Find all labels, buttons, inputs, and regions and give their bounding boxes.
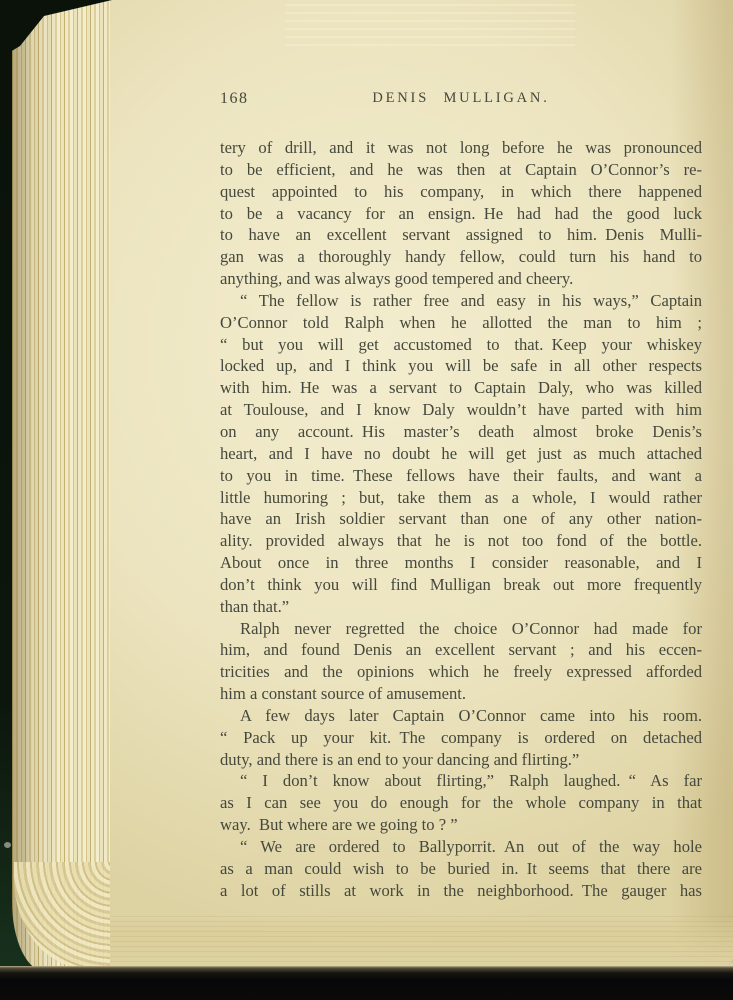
book-bottom-page-edges — [110, 916, 733, 966]
body-text-line: “ Pack up your kit. The company is order… — [220, 727, 702, 749]
body-text-line: “ I don’t know about flirting,” Ralph la… — [220, 770, 702, 792]
body-text-line: gan was a thoroughly handy fellow, could… — [220, 246, 702, 268]
body-text-line: to you in time. These fellows have their… — [220, 465, 702, 487]
body-text-line: heart, and I have no doubt he will get j… — [220, 443, 702, 465]
page-number: 168 — [220, 90, 249, 108]
body-text-line: as a man could wish to be buried in. It … — [220, 858, 702, 880]
book-top-page-edges — [285, 4, 575, 52]
body-text-line: have an Irish soldier servant than one o… — [220, 508, 702, 530]
body-text-line: don’t think you will find Mulligan break… — [220, 574, 702, 596]
body-text-line: with him. He was a servant to Captain Da… — [220, 377, 702, 399]
body-text-line: a lot of stills at work in the neighborh… — [220, 880, 702, 902]
body-text-line: “ We are ordered to Ballyporrit. An out … — [220, 836, 702, 858]
body-text-line: as I can see you do enough for the whole… — [220, 792, 702, 814]
body-text-line: tricities and the opinions which he free… — [220, 661, 702, 683]
running-title: DENIS MULLIGAN. — [220, 90, 702, 107]
body-text-line: anything, and was always good tempered a… — [220, 268, 702, 290]
body-text-line: duty, and there is an end to your dancin… — [220, 749, 702, 771]
body-text-line: to be efficient, and he was then at Capt… — [220, 159, 702, 181]
body-text-line: About once in three months I consider re… — [220, 552, 702, 574]
body-text-line: ality. provided always that he is not to… — [220, 530, 702, 552]
body-text-line: to have an excellent servant assigned to… — [220, 224, 702, 246]
body-text-line: at Toulouse, and I know Daly wouldn’t ha… — [220, 399, 702, 421]
book-left-page-edges — [12, 0, 116, 972]
body-text-line: A few days later Captain O’Connor came i… — [220, 705, 702, 727]
book-base-shadow — [0, 966, 733, 1000]
printed-page-content: 168 DENIS MULLIGAN. tery of drill, and i… — [220, 90, 702, 902]
body-text-line: quest appointed to his company, in which… — [220, 181, 702, 203]
body-text: tery of drill, and it was not long befor… — [220, 137, 702, 902]
body-text-line: to be a vacancy for an ensign. He had ha… — [220, 203, 702, 225]
body-text-line: locked up, and I think you will be safe … — [220, 355, 702, 377]
body-text-line: him, and found Denis an excellent servan… — [220, 639, 702, 661]
body-text-line: Ralph never regretted the choice O’Conno… — [220, 618, 702, 640]
body-text-line: way. But where are we going to ? ” — [220, 814, 702, 836]
page-header: 168 DENIS MULLIGAN. — [220, 90, 702, 110]
body-text-line: than that.” — [220, 596, 702, 618]
body-text-line: “ The fellow is rather free and easy in … — [220, 290, 702, 312]
body-text-line: “ but you will get accustomed to that. K… — [220, 334, 702, 356]
body-text-line: O’Connor told Ralph when he allotted the… — [220, 312, 702, 334]
dust-speck — [4, 842, 11, 848]
body-text-line: little humoring ; but, take them as a wh… — [220, 487, 702, 509]
book-cover-background: { "page": { "number": "168", "running_ti… — [0, 0, 733, 1000]
body-text-line: him a constant source of amusement. — [220, 683, 702, 705]
body-text-line: tery of drill, and it was not long befor… — [220, 137, 702, 159]
body-text-line: on any account. His master’s death almos… — [220, 421, 702, 443]
